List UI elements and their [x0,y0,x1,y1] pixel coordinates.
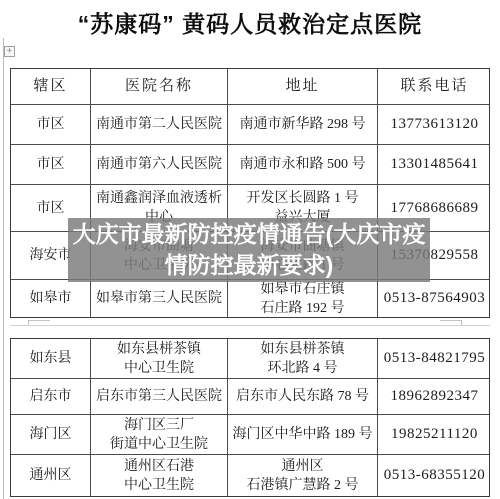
district-cell-line: 海安市 [30,246,72,265]
district-cell-line: 通州区 [30,466,72,485]
hospital-cell: 如东县栟茶镇中心卫生院 [91,339,228,378]
phone-cell-line: 13773613120 [391,115,479,134]
phone-cell-line: 0513-84821795 [384,349,486,368]
hospital-cell-line: 南通市第二人民医院 [96,115,222,134]
phone-cell-line: 19825211120 [391,425,478,444]
table-row: 市区南通市第二人民医院南通市新华路 298 号13773613120 [11,105,489,145]
table-move-handle[interactable]: + [4,46,15,57]
hospital-cell: 如皋市第三人民医院 [91,280,228,317]
address-cell: 海门区中华中路 189 号 [228,415,378,454]
address-cell-line: 海门区中华中路 189 号 [233,425,373,444]
hospital-cell-line: 南通市第六人民医院 [96,155,222,174]
address-cell-line: 如皋市石庄镇 [261,280,345,299]
hospital-cell: 海门区三厂街道中心卫生院 [91,415,228,454]
address-cell-line: 如东县栟茶镇 [261,340,345,359]
district-cell: 启东市 [11,379,91,414]
address-cell: 如东县栟茶镇环北路 4 号 [228,339,378,378]
hospital-cell-line: 启东市第三人民医院 [96,387,222,406]
hospital-cell: 启东市第三人民医院 [91,379,228,414]
address-cell-line: 环北路 4 号 [268,359,338,378]
column-header-3-line: 联系电话 [400,77,468,96]
address-cell: 如皋市石庄镇石庄路 192 号 [228,280,378,317]
address-cell-line: 石庄路 192 号 [261,299,345,318]
hospital-cell-line: 如皋市第三人民医院 [96,289,222,308]
phone-cell: 13301485641 [378,145,491,184]
hospital-cell: 南通市第二人民医院 [91,105,228,144]
watermark-overlay: 大庆市最新防控疫情通告(大庆市疫 情防控最新要求) [68,218,430,282]
address-cell-line: 启东市人民东路 78 号 [236,387,369,406]
hospital-cell: 通州区石港中心卫生院 [91,455,228,496]
district-cell: 如皋市 [11,280,91,317]
district-cell: 海门区 [11,415,91,454]
district-cell: 市区 [11,145,91,184]
table-row: 通州区通州区石港中心卫生院通州区石港镇广慧路 2 号0513-68355120 [11,455,489,496]
district-cell-line: 启东市 [30,387,72,406]
address-cell-line: 石港镇广慧路 2 号 [247,476,359,495]
hospital-cell-line: 通州区石港 [124,457,194,476]
address-cell-line: 开发区长圆路 1 号 [247,189,359,208]
address-cell: 通州区石港镇广慧路 2 号 [228,455,378,496]
district-cell: 市区 [11,105,91,144]
table-header-row: 辖区医院名称地址联系电话 [11,69,489,105]
phone-cell: 18962892347 [378,379,491,414]
hospital-cell: 南通市第六人民医院 [91,145,228,184]
hospital-cell-line: 街道中心卫生院 [110,435,208,454]
address-cell: 启东市人民东路 78 号 [228,379,378,414]
district-cell-line: 市区 [37,155,65,174]
column-header-2: 地址 [228,69,378,104]
district-cell: 通州区 [11,455,91,496]
watermark-line1: 大庆市最新防控疫情通告(大庆市疫 [73,219,426,250]
page-break-mark-left [28,320,50,325]
address-cell: 南通市新华路 298 号 [228,105,378,144]
page-left-edge [3,38,4,499]
phone-cell: 0513-84821795 [378,339,491,378]
hospital-cell-line: 如东县栟茶镇 [117,340,201,359]
phone-cell-line: 17768686689 [391,199,479,218]
page-break-line [10,325,490,326]
hospital-cell-line: 海门区三厂 [124,416,194,435]
phone-cell-line: 18962892347 [391,387,479,406]
column-header-3: 联系电话 [378,69,491,104]
phone-cell-line: 0513-87564903 [384,289,486,308]
phone-cell: 19825211120 [378,415,491,454]
phone-cell: 0513-87564903 [378,280,491,317]
address-cell-line: 南通市新华路 298 号 [240,115,366,134]
hospital-cell-line: 中心卫生院 [124,476,194,495]
hospital-table-part2: 如东县如东县栟茶镇中心卫生院如东县栟茶镇环北路 4 号0513-84821795… [10,338,490,497]
table-row: 如东县如东县栟茶镇中心卫生院如东县栟茶镇环北路 4 号0513-84821795 [11,339,489,379]
column-header-1-line: 医院名称 [125,77,193,96]
phone-cell: 13773613120 [378,105,491,144]
address-cell-line: 南通市永和路 500 号 [240,155,366,174]
address-cell-line: 通州区 [282,457,324,476]
phone-cell: 0513-68355120 [378,455,491,496]
column-header-1: 医院名称 [91,69,228,104]
table-row: 启东市启东市第三人民医院启东市人民东路 78 号18962892347 [11,379,489,415]
hospital-cell-line: 中心卫生院 [124,359,194,378]
watermark-line2: 情防控最新要求) [165,250,334,281]
table-row: 如皋市如皋市第三人民医院如皋市石庄镇石庄路 192 号0513-87564903 [11,280,489,317]
phone-cell-line: 0513-68355120 [384,466,486,485]
hospital-cell-line: 南通鑫润泽血液透析 [96,189,222,208]
district-cell-line: 如皋市 [30,289,72,308]
district-cell-line: 海门区 [30,425,72,444]
page-title: “苏康码” 黄码人员救治定点医院 [0,6,500,39]
table-row: 市区南通市第六人民医院南通市永和路 500 号13301485641 [11,145,489,185]
address-cell: 南通市永和路 500 号 [228,145,378,184]
phone-cell-line: 13301485641 [391,155,479,174]
district-cell-line: 市区 [37,199,65,218]
column-header-0-line: 辖区 [33,77,67,96]
table-row: 海门区海门区三厂街道中心卫生院海门区中华中路 189 号19825211120 [11,415,489,455]
column-header-2-line: 地址 [285,77,319,96]
district-cell: 如东县 [11,339,91,378]
district-cell-line: 如东县 [30,349,72,368]
page-break-mark-right [440,320,462,325]
district-cell-line: 市区 [37,115,65,134]
column-header-0: 辖区 [11,69,91,104]
